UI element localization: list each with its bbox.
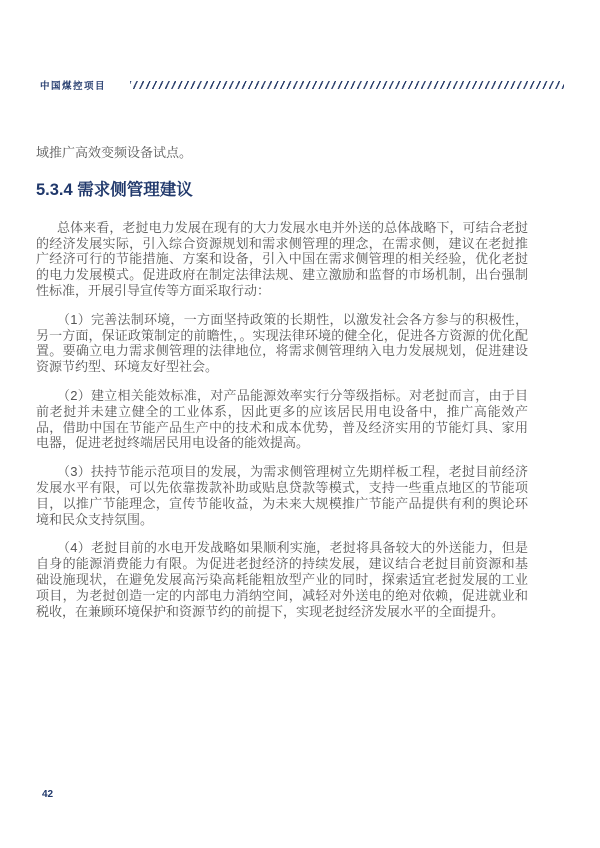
section-heading: 5.3.4 需求侧管理建议: [36, 180, 528, 200]
document-body: 域推广高效变频设备试点。 5.3.4 需求侧管理建议 总体来看，老挝电力发展在现…: [36, 145, 528, 632]
project-label: 中国煤控项目: [40, 78, 106, 92]
paragraph-overview: 总体来看，老挝电力发展在现有的大力发展水电并外送的总体战略下，可结合老挝的经济发…: [36, 220, 528, 299]
paragraph-item-3: （3）扶持节能示范项目的发展，为需求侧管理树立先期样板工程，老挝目前经济发展水平…: [36, 464, 528, 527]
hatch-divider-line: [130, 81, 564, 89]
paragraph-item-1: （1）完善法制环境，一方面坚持政策的长期性，以激发社会各方参与的积极性，另一方面…: [36, 312, 528, 375]
paragraph-item-2: （2）建立相关能效标准，对产品能源效率实行分等级指标。对老挝而言，由于目前老挝并…: [36, 388, 528, 451]
document-page: 中国煤控项目 域推广高效变频设备试点。 5.3.4 需求侧管理建议 总体来看，老…: [0, 0, 600, 848]
page-header: 中国煤控项目: [40, 78, 564, 92]
paragraph-item-4: （4）老挝目前的水电开发战略如果顺利实施，老挝将具备较大的外送能力，但是自身的能…: [36, 540, 528, 619]
page-number: 42: [42, 789, 53, 800]
carryover-paragraph: 域推广高效变频设备试点。: [36, 145, 528, 161]
